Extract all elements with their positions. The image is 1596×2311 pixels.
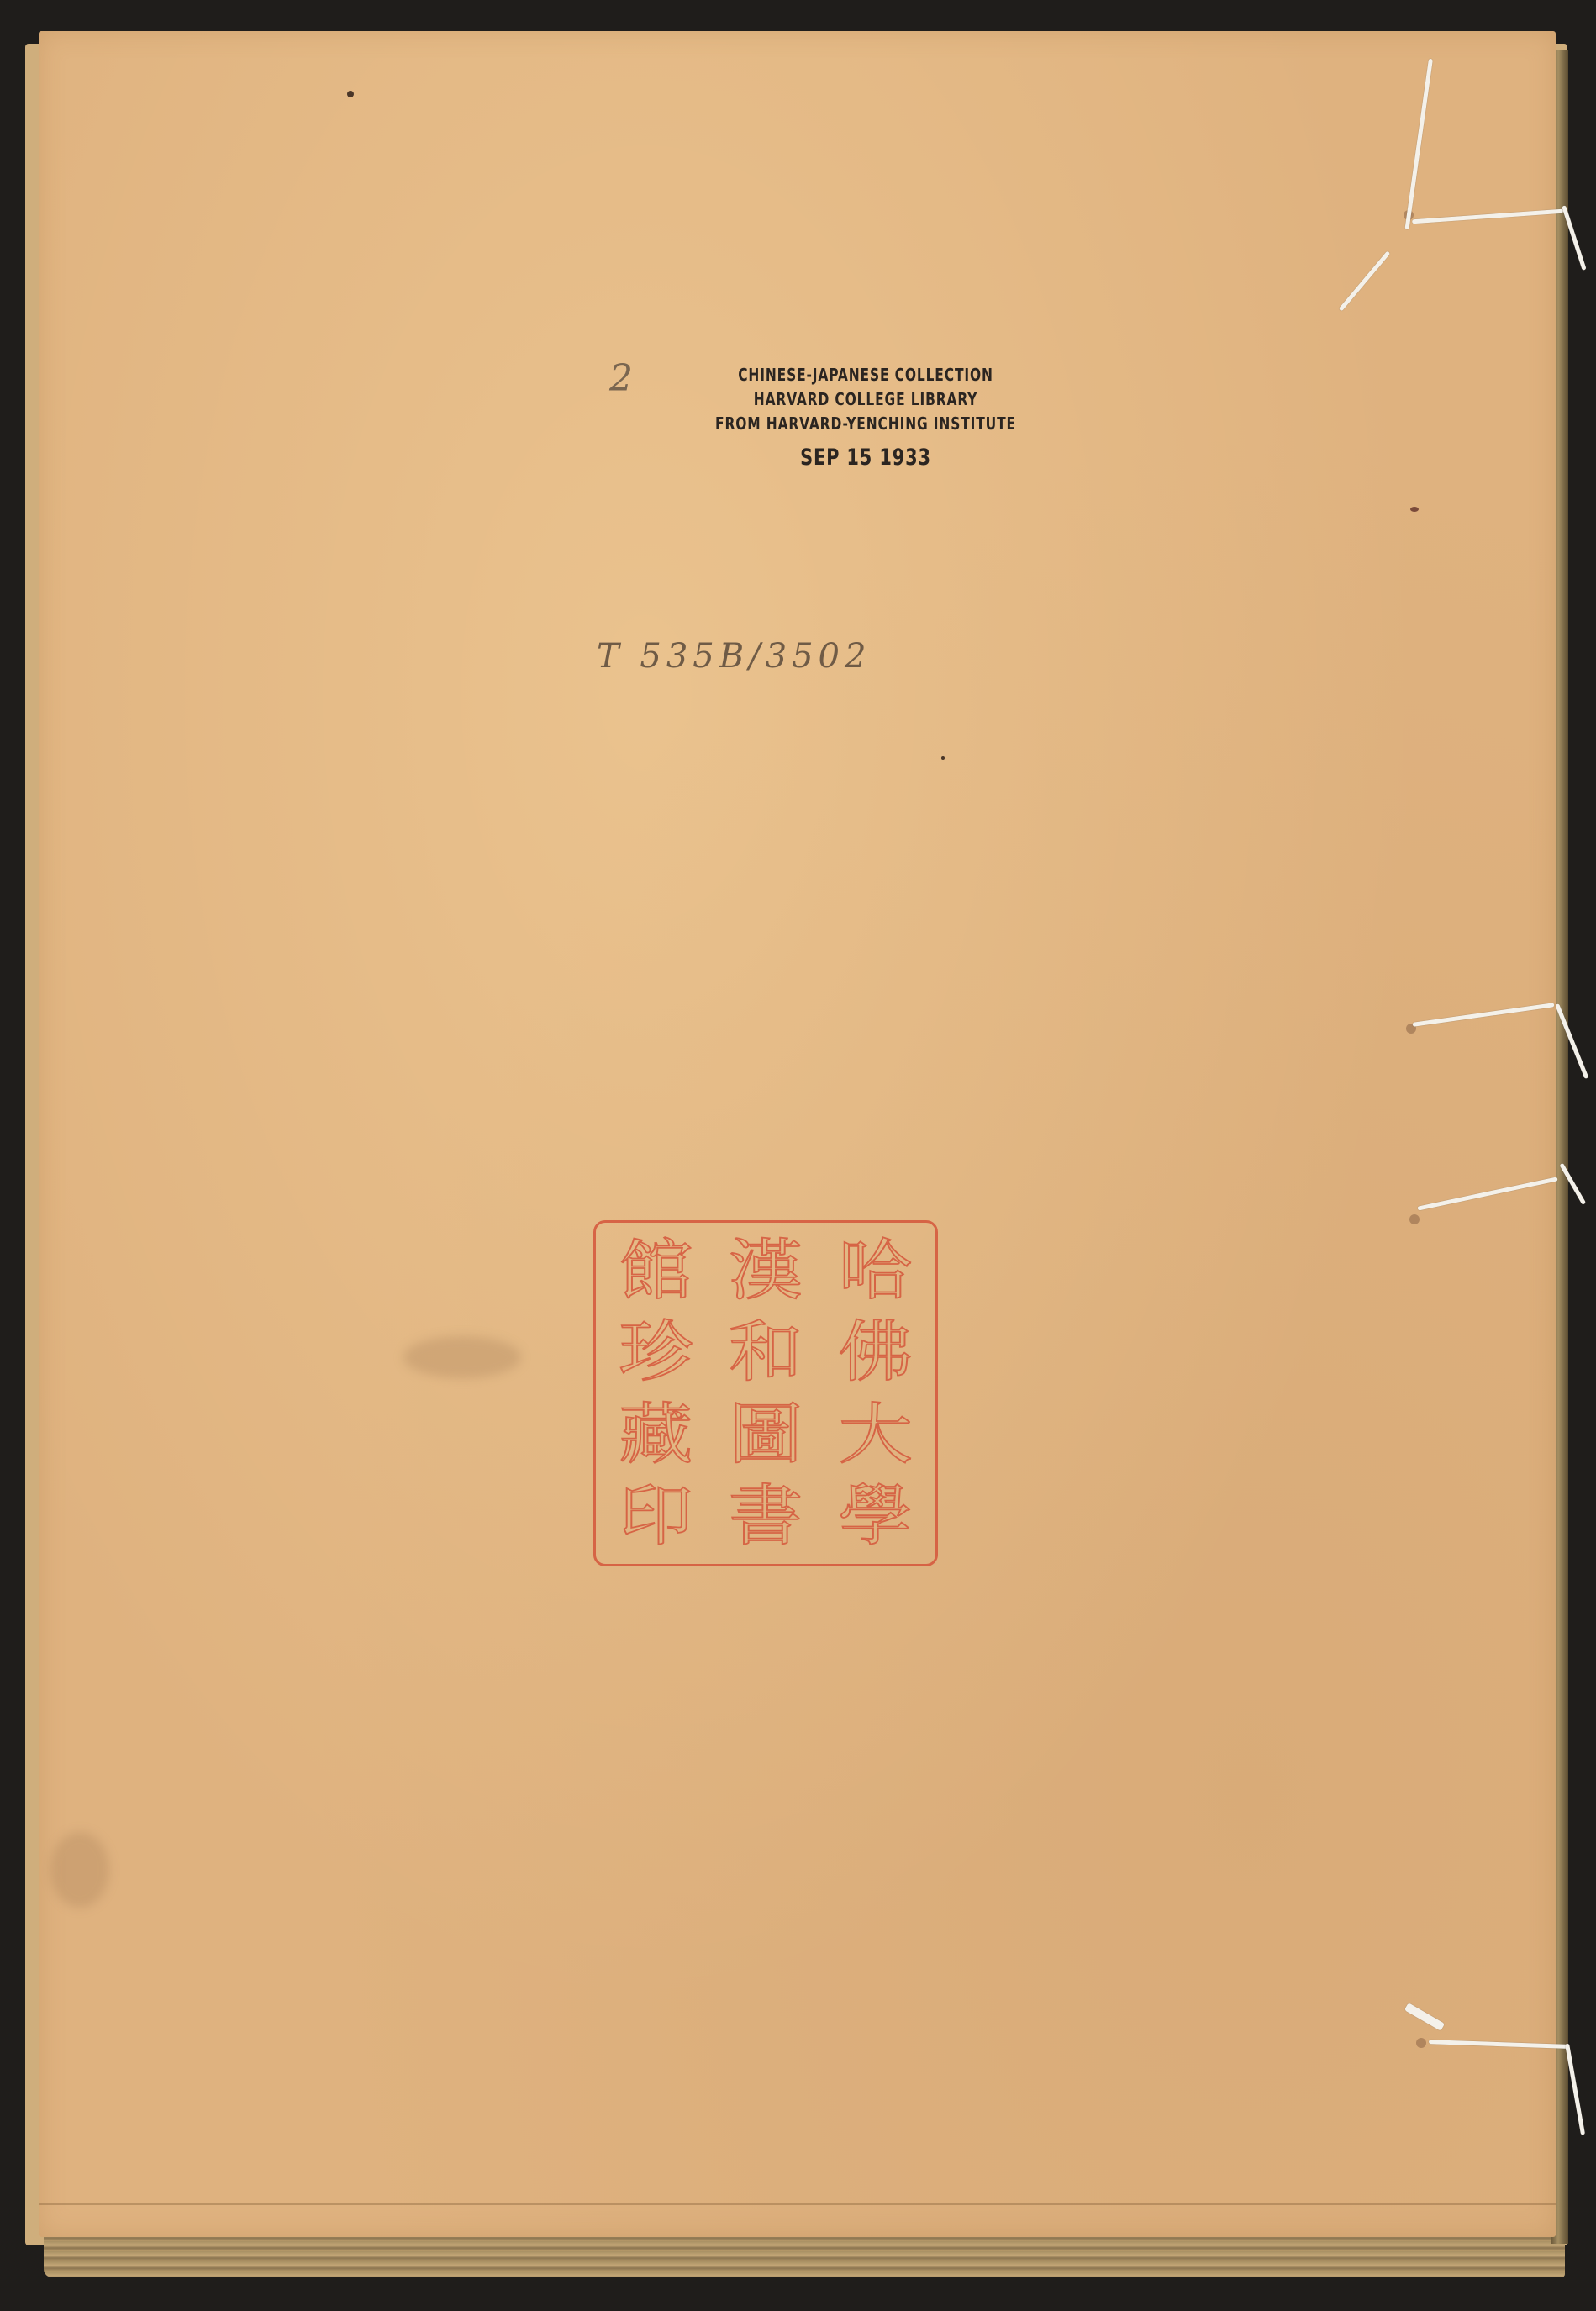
seal-char: 大 <box>839 1398 913 1470</box>
stamp-line-collection: CHINESE-JAPANESE COLLECTION <box>693 363 1040 387</box>
paper-speck <box>1410 507 1419 512</box>
seal-char: 印 <box>619 1481 693 1552</box>
paper-speck <box>941 756 945 760</box>
seal-char: 珍 <box>619 1317 693 1388</box>
stamp-date: SEP 15 1933 <box>693 440 1040 476</box>
stamp-line-library: HARVARD COLLEGE LIBRARY <box>693 387 1040 412</box>
volume-number: 2 <box>609 357 633 400</box>
seal-char: 圖 <box>729 1398 803 1470</box>
seal-column-1: 哈 佛 大 學 <box>839 1229 913 1557</box>
call-number: T 535B/3502 <box>597 637 871 676</box>
paper-speck <box>347 91 354 97</box>
seal-char: 館 <box>619 1234 693 1306</box>
seal-char: 藏 <box>619 1398 693 1470</box>
paper-stain <box>50 1832 109 1908</box>
seal-char: 佛 <box>839 1317 913 1388</box>
accession-stamp: CHINESE-JAPANESE COLLECTION HARVARD COLL… <box>664 363 1067 476</box>
seal-char: 學 <box>839 1481 913 1552</box>
paper-stain <box>403 1336 521 1378</box>
seal-column-2: 漢 和 圖 書 <box>729 1229 803 1557</box>
seal-column-3: 館 珍 藏 印 <box>619 1229 693 1557</box>
seal-char: 漢 <box>729 1234 803 1306</box>
cover-fold-line <box>39 2203 1556 2205</box>
seal-char: 哈 <box>839 1234 913 1306</box>
seal-char: 和 <box>729 1317 803 1388</box>
stamp-line-source: FROM HARVARD-YENCHING INSTITUTE <box>693 412 1040 436</box>
page-edges-stack <box>44 2231 1565 2277</box>
book-cover <box>39 31 1556 2237</box>
library-seal: 哈 佛 大 學 漢 和 圖 書 館 珍 藏 印 <box>593 1220 938 1566</box>
seal-char: 書 <box>729 1481 803 1552</box>
